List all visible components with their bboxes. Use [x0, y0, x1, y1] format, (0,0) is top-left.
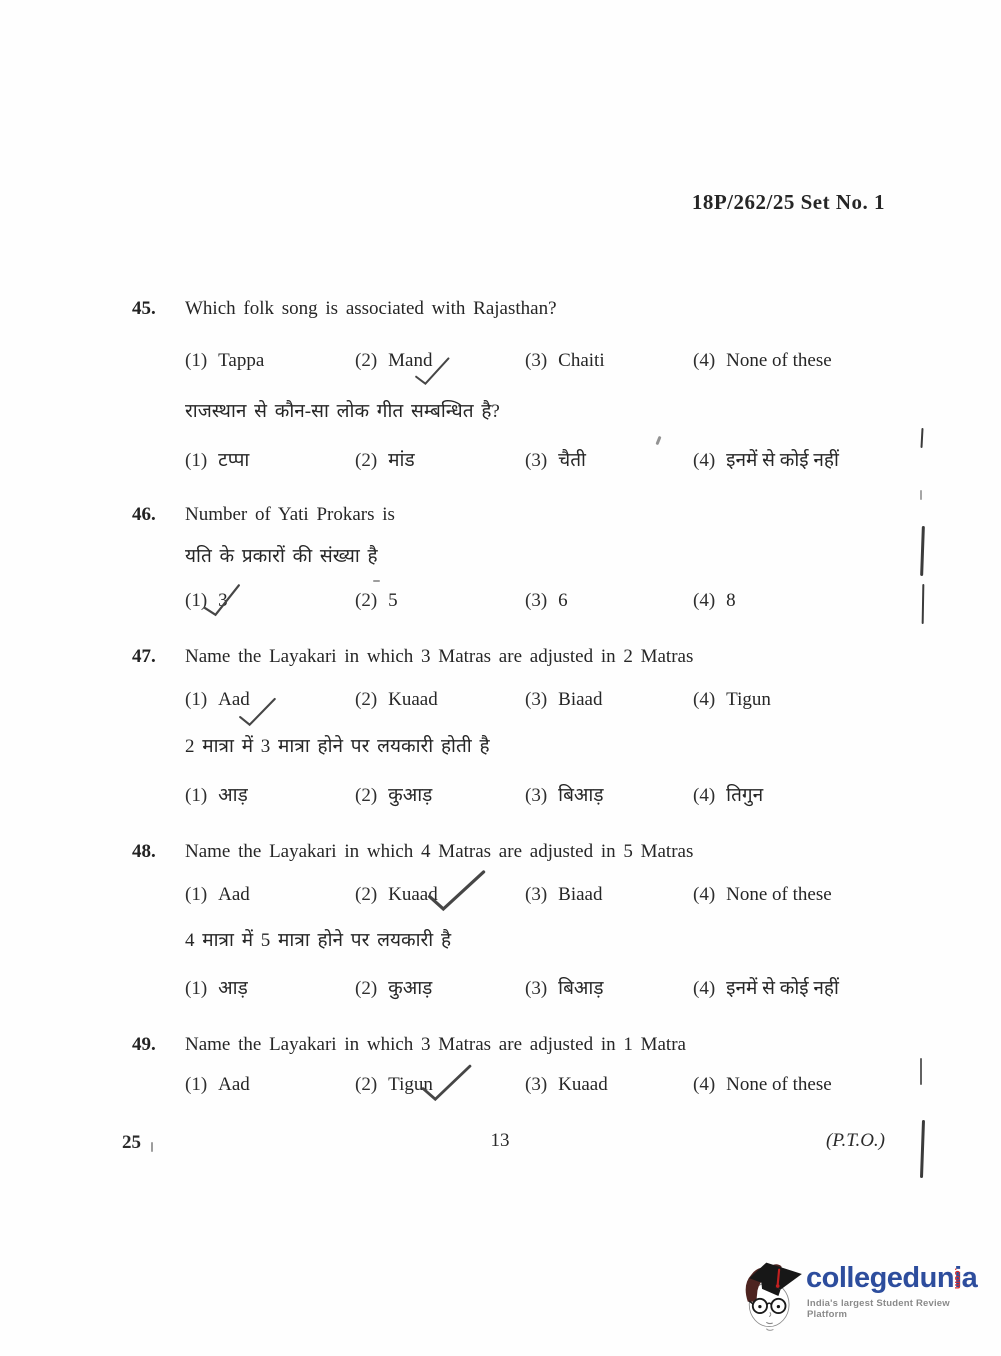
option: (1)Aad	[185, 689, 355, 711]
option: (3)Chaiti	[525, 350, 693, 372]
brand-name: collegedunia	[806, 1262, 977, 1295]
scan-mark	[655, 436, 661, 445]
option: (1)Aad	[185, 1074, 355, 1096]
option-label: Kuaad	[388, 884, 438, 905]
scan-mark	[922, 584, 925, 624]
option-number: (4)	[693, 785, 715, 807]
option-number: (4)	[693, 350, 715, 372]
scanned-question-paper-page: 18P/262/25 Set No. 1 45. Which folk song…	[0, 0, 1001, 1356]
option-label: Biaad	[558, 689, 602, 710]
option-label: Kuaad	[558, 1074, 608, 1095]
option-number: (1)	[185, 785, 207, 807]
option-label: None of these	[726, 350, 832, 371]
option-label: कुआड़	[388, 978, 432, 999]
option-number: (4)	[693, 884, 715, 906]
option-label: Tigun	[388, 1074, 433, 1095]
option-label: 8	[726, 590, 736, 611]
question-text-hi: 4 मात्रा में 5 मात्रा होने पर लयकारी है	[185, 926, 885, 952]
option-number: (3)	[525, 689, 547, 711]
option-label: Tigun	[726, 689, 771, 710]
option: (2)5	[355, 590, 525, 612]
question-text-hi: राजस्थान से कौन-सा लोक गीत सम्बन्धित है?	[185, 397, 885, 423]
option-label: 6	[558, 590, 568, 611]
option-number: (4)	[693, 590, 715, 612]
option-number: (1)	[185, 350, 207, 372]
option-number: (1)	[185, 590, 207, 612]
option-label: Aad	[218, 689, 250, 710]
option-label: आड़	[218, 785, 248, 806]
option-label: चैती	[558, 450, 586, 471]
option-label: इनमें से कोई नहीं	[726, 450, 839, 471]
option: (3)6	[525, 590, 693, 612]
question-text-en: Name the Layakari in which 3 Matras are …	[185, 1034, 885, 1056]
question-45-options-en: (1)Tappa(2)Mand(3)Chaiti(4)None of these	[185, 350, 925, 372]
option-number: (4)	[693, 689, 715, 711]
option: (4)None of these	[693, 350, 925, 372]
option: (2)मांड	[355, 446, 525, 472]
scan-mark	[151, 1142, 153, 1152]
scan-mark	[920, 1058, 922, 1085]
question-49-options: (1)Aad(2)Tigun(3)Kuaad(4)None of these	[185, 1074, 925, 1096]
page-number: 13	[460, 1130, 540, 1152]
option-label: Biaad	[558, 884, 602, 905]
option: (2)Mand	[355, 350, 525, 372]
option-number: (1)	[185, 1074, 207, 1096]
option-number: (2)	[355, 1074, 377, 1096]
option-label: Chaiti	[558, 350, 604, 371]
question-47-options-hi: (1)आड़(2)कुआड़(3)बिआड़(4)तिगुन	[185, 781, 925, 807]
option-label: 5	[388, 590, 398, 611]
question-48-options-en: (1)Aad(2)Kuaad(3)Biaad(4)None of these	[185, 884, 925, 906]
question-48-options-hi: (1)आड़(2)कुआड़(3)बिआड़(4)इनमें से कोई नह…	[185, 974, 925, 1000]
option-number: (4)	[693, 978, 715, 1000]
option-label: 3	[218, 590, 228, 611]
option-number: (4)	[693, 450, 715, 472]
option-label: None of these	[726, 1074, 832, 1095]
option-label: Mand	[388, 350, 432, 371]
brand-tagline: India's largest Student Review Platform	[807, 1298, 992, 1320]
option-label: इनमें से कोई नहीं	[726, 978, 839, 999]
option-number: (3)	[525, 590, 547, 612]
option-label: Aad	[218, 1074, 250, 1095]
option-number: (1)	[185, 689, 207, 711]
option-label: बिआड़	[558, 785, 603, 806]
question-text-en: Name the Layakari in which 4 Matras are …	[185, 841, 885, 863]
option-number: (2)	[355, 350, 377, 372]
option-number: (4)	[693, 1074, 715, 1096]
question-number: 46.	[132, 504, 174, 526]
option: (2)Kuaad	[355, 689, 525, 711]
option-label: बिआड़	[558, 978, 603, 999]
option-label: Aad	[218, 884, 250, 905]
question-46-options: (1)3(2)5(3)6(4)8	[185, 590, 925, 612]
option: (1)आड़	[185, 974, 355, 1000]
option: (3)चैती	[525, 446, 693, 472]
option-number: (1)	[185, 978, 207, 1000]
question-text-en: Which folk song is associated with Rajas…	[185, 298, 885, 320]
pto-label: (P.T.O.)	[760, 1130, 885, 1152]
option: (4)8	[693, 590, 925, 612]
option: (3)Biaad	[525, 689, 693, 711]
option: (2)Tigun	[355, 1074, 525, 1096]
option-number: (2)	[355, 785, 377, 807]
option-number: (2)	[355, 884, 377, 906]
option-number: (1)	[185, 450, 207, 472]
question-47-options-en: (1)Aad(2)Kuaad(3)Biaad(4)Tigun	[185, 689, 925, 711]
option-label: Tappa	[218, 350, 264, 371]
option-number: (3)	[525, 450, 547, 472]
question-45-options-hi: (1)टप्पा(2)मांड(3)चैती(4)इनमें से कोई नह…	[185, 446, 925, 472]
option: (1)आड़	[185, 781, 355, 807]
scan-mark	[920, 1120, 925, 1178]
question-text-en: Number of Yati Prokars is	[185, 504, 885, 526]
option: (3)Kuaad	[525, 1074, 693, 1096]
option: (3)बिआड़	[525, 974, 693, 1000]
option: (1)Tappa	[185, 350, 355, 372]
option-number: (2)	[355, 590, 377, 612]
option: (4)इनमें से कोई नहीं	[693, 974, 925, 1000]
question-number: 48.	[132, 841, 174, 863]
question-text-hi: 2 मात्रा में 3 मात्रा होने पर लयकारी होत…	[185, 732, 885, 758]
option: (2)Kuaad	[355, 884, 525, 906]
option: (2)कुआड़	[355, 781, 525, 807]
question-text-en: Name the Layakari in which 3 Matras are …	[185, 646, 885, 668]
collegedunia-logo: collegedunia .com India's largest Studen…	[740, 1246, 992, 1346]
option-label: तिगुन	[726, 785, 763, 806]
option: (4)None of these	[693, 1074, 925, 1096]
option-label: Kuaad	[388, 689, 438, 710]
scan-mark	[920, 526, 925, 576]
scan-mark	[920, 490, 922, 500]
brand-suffix: .com	[953, 1268, 963, 1289]
option-number: (3)	[525, 1074, 547, 1096]
paper-code: 18P/262/25 Set No. 1	[560, 190, 885, 215]
option-number: (3)	[525, 884, 547, 906]
question-number: 49.	[132, 1034, 174, 1056]
option-label: मांड	[388, 450, 414, 471]
option: (4)None of these	[693, 884, 925, 906]
option-number: (2)	[355, 689, 377, 711]
option: (1)टप्पा	[185, 446, 355, 472]
option-label: टप्पा	[218, 450, 249, 471]
option-number: (3)	[525, 785, 547, 807]
question-text-hi: यति के प्रकारों की संख्या है	[185, 542, 885, 568]
option-number: (1)	[185, 884, 207, 906]
collegedunia-mascot-icon	[740, 1250, 804, 1342]
option-label: None of these	[726, 884, 832, 905]
scan-mark	[373, 580, 380, 582]
option-label: आड़	[218, 978, 248, 999]
option: (4)इनमें से कोई नहीं	[693, 446, 925, 472]
option: (3)Biaad	[525, 884, 693, 906]
option: (3)बिआड़	[525, 781, 693, 807]
option-label: कुआड़	[388, 785, 432, 806]
question-number: 47.	[132, 646, 174, 668]
option: (1)Aad	[185, 884, 355, 906]
question-number: 45.	[132, 298, 174, 320]
option: (1)3	[185, 590, 355, 612]
option: (2)कुआड़	[355, 974, 525, 1000]
option: (4)Tigun	[693, 689, 925, 711]
option-number: (3)	[525, 350, 547, 372]
option-number: (2)	[355, 978, 377, 1000]
footer-section-number: 25	[122, 1132, 141, 1154]
option-number: (3)	[525, 978, 547, 1000]
option: (4)तिगुन	[693, 781, 925, 807]
option-number: (2)	[355, 450, 377, 472]
